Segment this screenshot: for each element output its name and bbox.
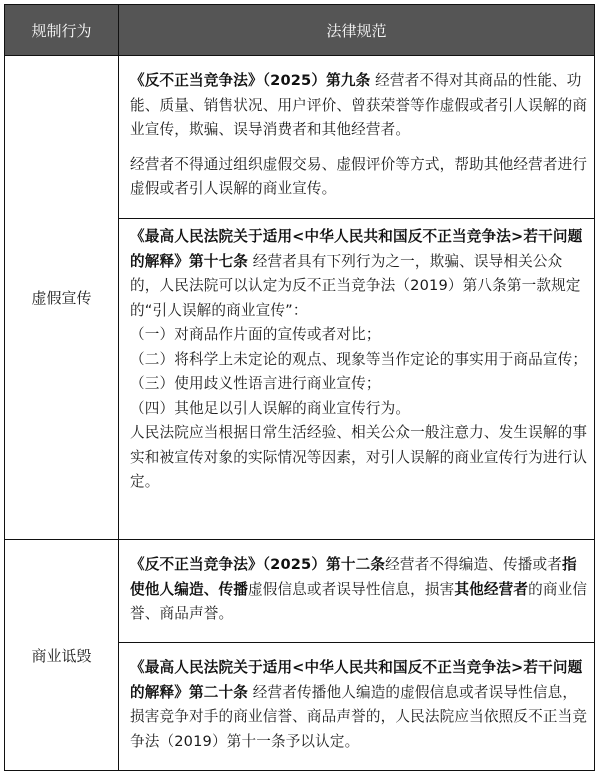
law-paragraph: 《反不正当竞争法》（2025）第九条 经营者不得对其商品的性能、功能、质量、销售… [130, 69, 588, 143]
law-paragraph: 经营者不得通过组织虚假交易、虚假评价等方式，帮助其他经营者进行虚假或者引人误解的… [130, 153, 588, 202]
table-header: 规制行为 法律规范 [5, 5, 594, 56]
law-cell-aucl-article-9: 《反不正当竞争法》（2025）第九条 经营者不得对其商品的性能、功能、质量、销售… [119, 56, 594, 219]
law-cell-spc-interpretation-article-17: 《最高人民法院关于适用<中华人民共和国反不正当竞争法>若干问题的解释》第十七条 … [119, 219, 594, 539]
law-cell-spc-interpretation-article-20: 《最高人民法院关于适用<中华人民共和国反不正当竞争法>若干问题的解释》第二十条 … [119, 643, 594, 770]
table-row-false-advertising: 虚假宣传 《反不正当竞争法》（2025）第九条 经营者不得对其商品的性能、功能、… [5, 56, 594, 540]
law-citation: 《反不正当竞争法》（2025）第十二条 [130, 556, 385, 573]
law-cell-aucl-article-12: 《反不正当竞争法》（2025）第十二条经营者不得编造、传播或者指使他人编造、传播… [119, 540, 594, 643]
law-text: 经营者不得编造、传播或者 [385, 556, 562, 573]
law-item-2: （二）将科学上未定论的观点、现象等当作定论的事实用于商品宣传； [130, 348, 588, 373]
law-emphasis: 其他经营者 [454, 581, 528, 598]
law-paragraph: 人民法院应当根据日常生活经验、相关公众一般注意力、发生误解的事实和被宣传对象的实… [130, 421, 588, 495]
law-text: 虚假信息或者误导性信息，损害 [248, 581, 454, 598]
legal-norms-cells: 《反不正当竞争法》（2025）第九条 经营者不得对其商品的性能、功能、质量、销售… [119, 56, 594, 539]
law-item-4: （四）其他足以引人误解的商业宣传行为。 [130, 397, 588, 422]
header-legal-norms: 法律规范 [119, 5, 594, 55]
category-label: 商业诋毁 [5, 540, 119, 770]
law-item-3: （三）使用歧义性语言进行商业宣传； [130, 372, 588, 397]
category-label: 虚假宣传 [5, 56, 119, 539]
law-paragraph: 《反不正当竞争法》（2025）第十二条经营者不得编造、传播或者指使他人编造、传播… [130, 553, 588, 627]
law-item-1: （一）对商品作片面的宣传或者对比； [130, 323, 588, 348]
header-regulated-conduct: 规制行为 [5, 5, 119, 55]
law-paragraph: 《最高人民法院关于适用<中华人民共和国反不正当竞争法>若干问题的解释》第二十条 … [130, 656, 588, 754]
law-table: 规制行为 法律规范 虚假宣传 《反不正当竞争法》（2025）第九条 经营者不得对… [4, 4, 595, 771]
law-citation: 《反不正当竞争法》（2025）第九条 [130, 72, 370, 89]
table-row-commercial-defamation: 商业诋毁 《反不正当竞争法》（2025）第十二条经营者不得编造、传播或者指使他人… [5, 540, 594, 770]
legal-norms-cells: 《反不正当竞争法》（2025）第十二条经营者不得编造、传播或者指使他人编造、传播… [119, 540, 594, 770]
law-paragraph: 《最高人民法院关于适用<中华人民共和国反不正当竞争法>若干问题的解释》第十七条 … [130, 225, 588, 323]
